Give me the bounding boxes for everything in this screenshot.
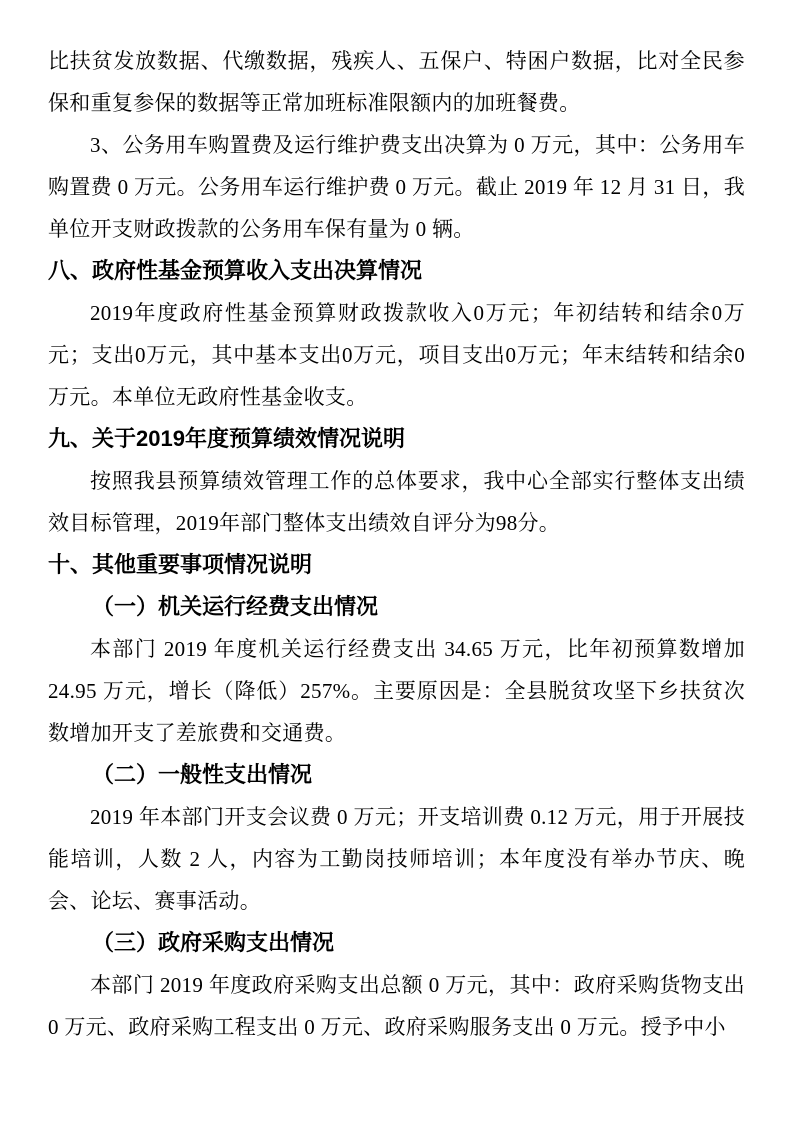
para-official-vehicle-expense: 3、公务用车购置费及运行维护费支出决算为 0 万元，其中：公务用车购置费 0 万… <box>48 124 745 250</box>
document-content: 比扶贫发放数据、代缴数据，残疾人、五保户、特困户数据，比对全民参保和重复参保的数… <box>48 40 745 1048</box>
para-general-expense: 2019 年本部门开支会议费 0 万元；开支培训费 0.12 万元，用于开展技能… <box>48 796 745 922</box>
subheading-2-general-expense: （二）一般性支出情况 <box>48 754 745 796</box>
heading-section-9-budget-performance: 九、关于2019年度预算绩效情况说明 <box>48 418 745 460</box>
subheading-3-government-procurement: （三）政府采购支出情况 <box>48 922 745 964</box>
document-page: 比扶贫发放数据、代缴数据，残疾人、五保户、特困户数据，比对全民参保和重复参保的数… <box>0 0 793 1122</box>
para-government-fund-budget: 2019年度政府性基金预算财政拨款收入0万元；年初结转和结余0万元；支出0万元，… <box>48 292 745 418</box>
para-overtime-meal-continued: 比扶贫发放数据、代缴数据，残疾人、五保户、特困户数据，比对全民参保和重复参保的数… <box>48 40 745 124</box>
heading-section-10-other-important-matters: 十、其他重要事项情况说明 <box>48 544 745 586</box>
heading-section-8-government-fund-budget: 八、政府性基金预算收入支出决算情况 <box>48 250 745 292</box>
para-government-procurement: 本部门 2019 年度政府采购支出总额 0 万元，其中：政府采购货物支出 0 万… <box>48 964 745 1048</box>
subheading-1-agency-operating-expense: （一）机关运行经费支出情况 <box>48 586 745 628</box>
para-budget-performance: 按照我县预算绩效管理工作的总体要求，我中心全部实行整体支出绩效目标管理，2019… <box>48 460 745 544</box>
para-agency-operating-expense: 本部门 2019 年度机关运行经费支出 34.65 万元，比年初预算数增加 24… <box>48 628 745 754</box>
